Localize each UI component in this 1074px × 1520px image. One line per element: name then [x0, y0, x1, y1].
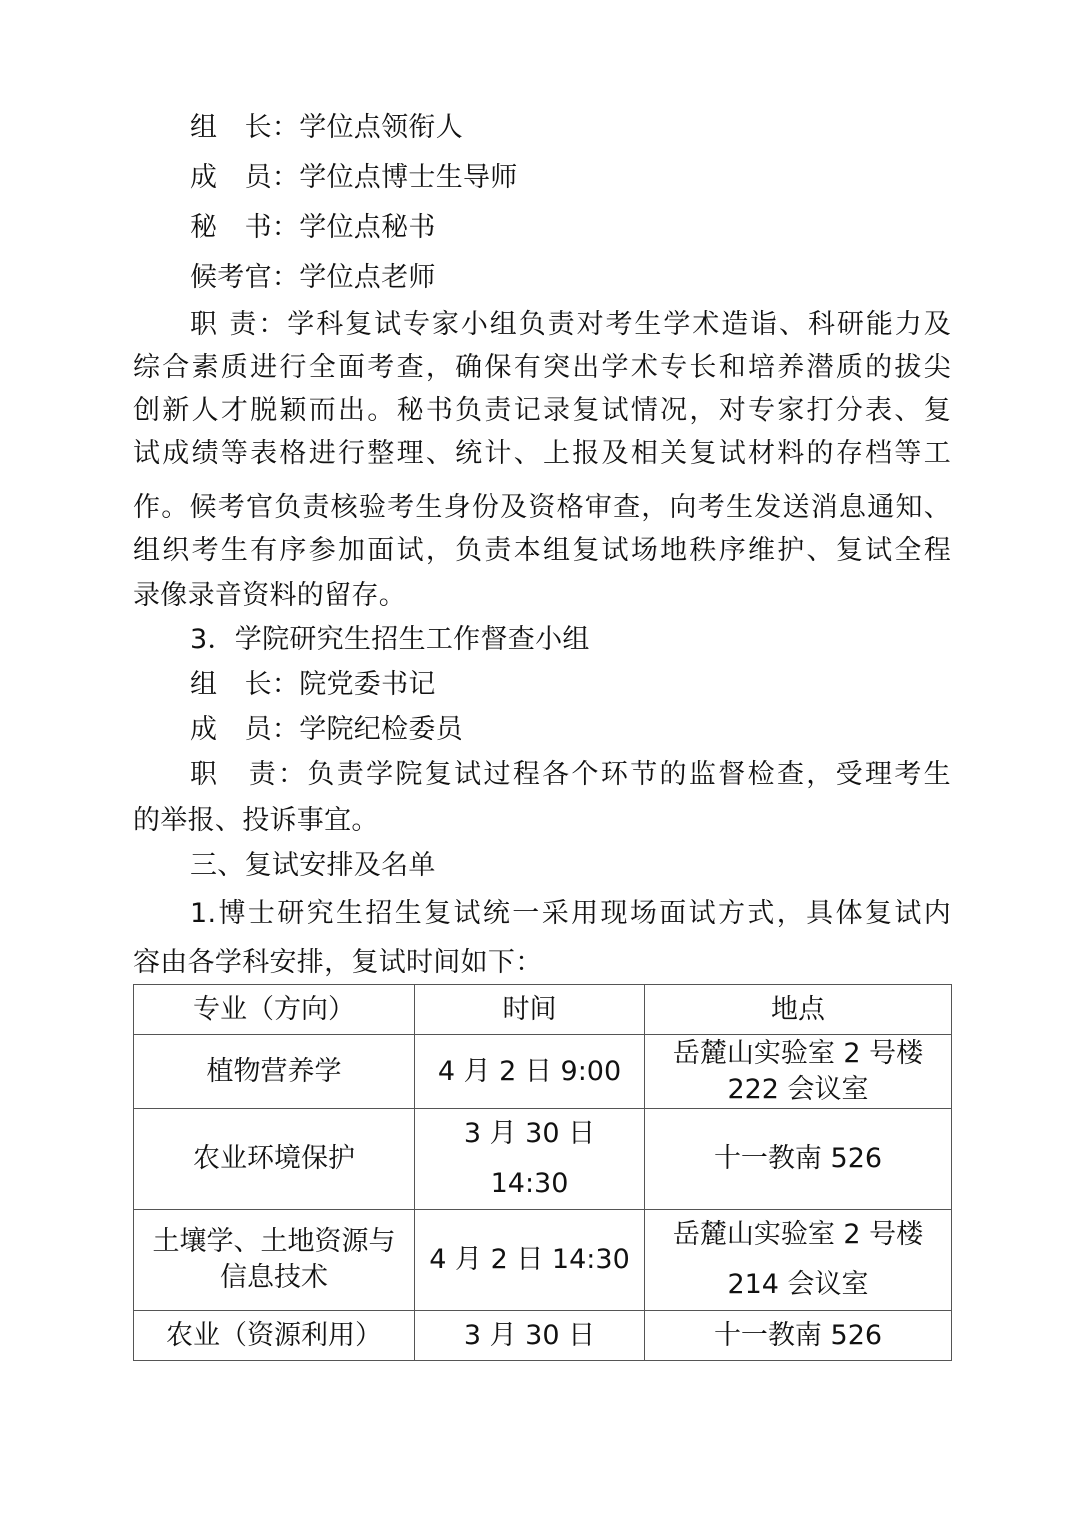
supervision-group-heading: 3．学院研究生招生工作督查小组	[190, 616, 951, 664]
expert-group-leader: 组 长：学位点领衔人	[190, 104, 951, 152]
cell-major: 植物营养学	[134, 1035, 415, 1109]
field-value: 学位点博士生导师	[299, 162, 517, 193]
field-value: 院党委书记	[299, 669, 436, 700]
cell-place: 岳麓山实验室 2 号楼214 会议室	[645, 1210, 952, 1311]
section-intro-line: 1.博士研究生招生复试统一采用现场面试方式，具体复试内	[190, 890, 951, 938]
document-page: 组 长：学位点领衔人 成 员：学位点博士生导师 秘 书：学位点秘书 候考官：学位…	[0, 0, 1074, 1520]
supervision-duties-line: 的举报、投诉事宜。	[133, 797, 951, 845]
cell-time: 3 月 30 日	[415, 1311, 645, 1361]
supervision-duties-line: 职 责：负责学院复试过程各个环节的监督检查，受理考生	[190, 751, 951, 799]
table-header-row: 专业（方向） 时间 地点	[134, 985, 952, 1035]
schedule-table: 专业（方向） 时间 地点 植物营养学 4 月 2 日 9:00 岳麓山实验室 2…	[133, 984, 952, 1361]
expert-duties-line: 试成绩等表格进行整理、统计、上报及相关复试材料的存档等工	[133, 430, 951, 478]
supervision-group-members: 成 员：学院纪检委员	[190, 706, 951, 754]
field-label: 组 长：	[190, 661, 299, 709]
cell-place: 十一教南 526	[645, 1109, 952, 1210]
cell-major: 农业环境保护	[134, 1109, 415, 1210]
expert-group-proctor: 候考官：学位点老师	[190, 254, 951, 302]
cell-place: 岳麓山实验室 2 号楼222 会议室	[645, 1035, 952, 1109]
field-label: 秘 书：	[190, 204, 299, 252]
column-header-major: 专业（方向）	[134, 985, 415, 1035]
expert-duties-line: 作。候考官负责核验考生身份及资格审查，向考生发送消息通知、	[133, 484, 951, 532]
field-label: 成 员：	[190, 154, 299, 202]
expert-duties-line: 综合素质进行全面考查，确保有突出学术专长和培养潜质的拔尖	[133, 344, 951, 392]
cell-time: 4 月 2 日 14:30	[415, 1210, 645, 1311]
section-intro-line: 容由各学科安排，复试时间如下：	[133, 939, 951, 987]
field-label: 候考官：	[190, 254, 299, 302]
cell-major: 土壤学、土地资源与信息技术	[134, 1210, 415, 1311]
field-value: 学位点老师	[299, 262, 436, 293]
cell-time: 3 月 30 日14:30	[415, 1109, 645, 1210]
field-label: 成 员：	[190, 706, 299, 754]
table-row: 植物营养学 4 月 2 日 9:00 岳麓山实验室 2 号楼222 会议室	[134, 1035, 952, 1109]
cell-place: 十一教南 526	[645, 1311, 952, 1361]
table-row: 农业（资源利用） 3 月 30 日 十一教南 526	[134, 1311, 952, 1361]
supervision-group-leader: 组 长：院党委书记	[190, 661, 951, 709]
cell-time: 4 月 2 日 9:00	[415, 1035, 645, 1109]
expert-duties-line: 创新人才脱颖而出。秘书负责记录复试情况，对专家打分表、复	[133, 387, 951, 435]
field-label: 组 长：	[190, 104, 299, 152]
column-header-place: 地点	[645, 985, 952, 1035]
expert-duties-line: 组织考生有序参加面试，负责本组复试场地秩序维护、复试全程	[133, 527, 951, 575]
expert-duties-line: 录像录音资料的留存。	[133, 572, 951, 620]
table-row: 土壤学、土地资源与信息技术 4 月 2 日 14:30 岳麓山实验室 2 号楼2…	[134, 1210, 952, 1311]
expert-group-secretary: 秘 书：学位点秘书	[190, 204, 951, 252]
section-heading: 三、复试安排及名单	[190, 842, 951, 890]
field-value: 学位点秘书	[299, 212, 436, 243]
cell-major: 农业（资源利用）	[134, 1311, 415, 1361]
field-value: 学位点领衔人	[299, 112, 463, 143]
table-row: 农业环境保护 3 月 30 日14:30 十一教南 526	[134, 1109, 952, 1210]
field-value: 学院纪检委员	[299, 714, 463, 745]
expert-duties-line: 职 责：学科复试专家小组负责对考生学术造诣、科研能力及	[190, 301, 951, 349]
expert-group-members: 成 员：学位点博士生导师	[190, 154, 951, 202]
column-header-time: 时间	[415, 985, 645, 1035]
